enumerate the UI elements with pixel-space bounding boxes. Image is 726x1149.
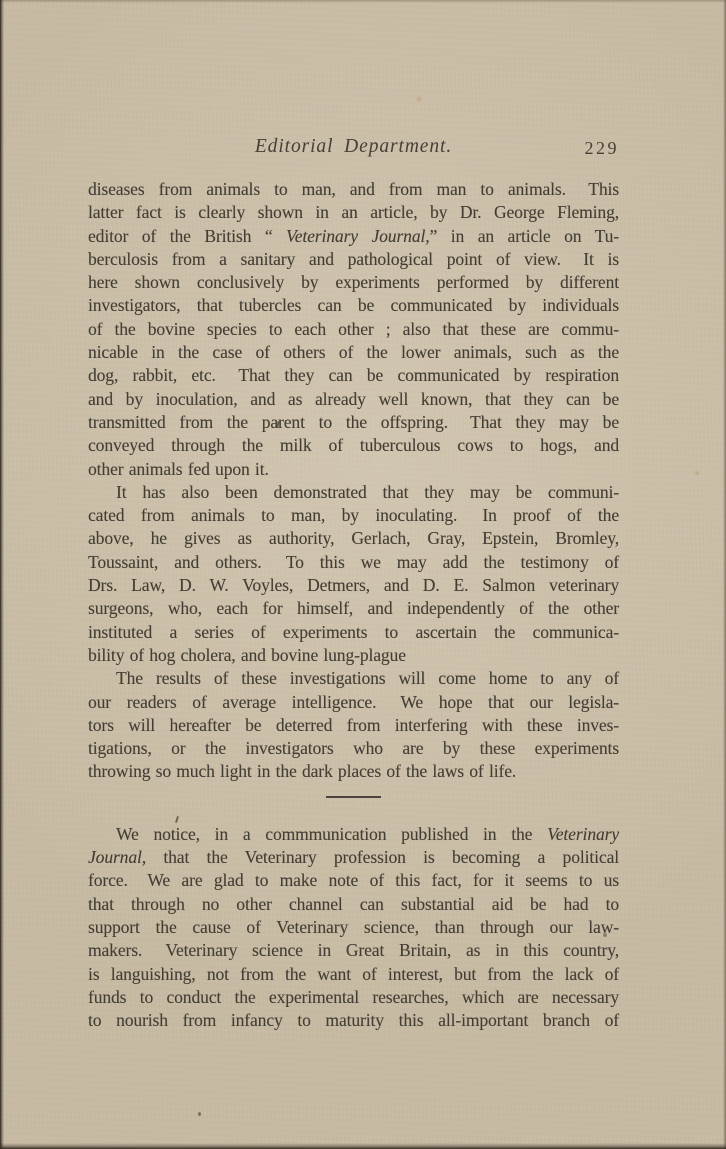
paragraph: diseases from animals to man, and from m… <box>88 178 619 481</box>
page-number: 229 <box>585 137 620 159</box>
section-divider <box>326 796 381 798</box>
italic-text: Journal, <box>88 847 146 867</box>
text-line: tors will hereafter be deterred from int… <box>88 714 619 737</box>
text-line: bility of hog cholera, and bovine lung-p… <box>88 644 619 667</box>
body-text: instituted a series of experiments to as… <box>88 622 619 642</box>
body-text: makers. Veterinary science in Great Brit… <box>88 940 619 960</box>
body-text: The results of these investigations will… <box>116 668 619 688</box>
text-line: It has also been demonstrated that they … <box>88 481 619 504</box>
body-text: ” in an article on Tu- <box>430 226 620 246</box>
text-line: investigators, that tubercles can be com… <box>88 294 619 317</box>
page-edge-left <box>0 0 4 1149</box>
text-line: conveyed through the milk of tuberculous… <box>88 434 619 457</box>
italic-text: Veterinary Journal, <box>286 226 429 246</box>
body-text: bility of hog cholera, and bovine lung-p… <box>88 645 406 665</box>
body-text: that through no other channel can substa… <box>88 894 619 914</box>
text-line: We notice, in a commmunication published… <box>88 823 619 846</box>
paragraph: We notice, in a commmunication published… <box>88 823 619 1033</box>
body-text: conveyed through the milk of tuberculous… <box>88 435 619 455</box>
text-line: and by inoculation, and as already well … <box>88 388 619 411</box>
text-line: surgeons, who, each for himself, and ind… <box>88 597 619 620</box>
body-text: cated from animals to man, by inoculatin… <box>88 505 619 525</box>
text-line: to nourish from infancy to maturity this… <box>88 1009 619 1032</box>
body-text: here shown conclusively by experiments p… <box>88 272 619 292</box>
text-line: diseases from animals to man, and from m… <box>88 178 619 201</box>
body-text: We notice, in a commmunication published… <box>116 824 547 844</box>
text-line: tigations, or the investigators who are … <box>88 737 619 760</box>
italic-text: Veterinary <box>547 824 619 844</box>
paragraph: The results of these investigations will… <box>88 667 619 783</box>
text-line: that through no other channel can substa… <box>88 893 619 916</box>
text-line: dog, rabbit, etc. That they can be commu… <box>88 364 619 387</box>
page-edge-bottom <box>0 1143 726 1149</box>
body-text: surgeons, who, each for himself, and ind… <box>88 598 619 618</box>
body-text: of the bovine species to each other ; al… <box>88 319 619 339</box>
text-column: Editorial Department. 229 diseases from … <box>88 136 619 1032</box>
text-line: nicable in the case of others of the low… <box>88 341 619 364</box>
text-line: Toussaint, and others. To this we may ad… <box>88 551 619 574</box>
text-line: The results of these investigations will… <box>88 667 619 690</box>
text-line: support the cause of Veterinary science,… <box>88 916 619 939</box>
body-text: is languishing, not from the want of int… <box>88 964 619 984</box>
text-line: instituted a series of experiments to as… <box>88 621 619 644</box>
body-text: and by inoculation, and as already well … <box>88 389 619 409</box>
paragraph: It has also been demonstrated that they … <box>88 481 619 667</box>
body-text: throwing so much light in the dark place… <box>88 761 516 781</box>
book-page: Editorial Department. 229 diseases from … <box>0 0 726 1149</box>
body-text: editor of the British “ <box>88 226 286 246</box>
page-content: diseases from animals to man, and from m… <box>88 178 619 1032</box>
foxing-spot <box>694 470 700 476</box>
body-text: our readers of average intelligence. We … <box>88 692 619 712</box>
body-text: funds to conduct the experimental resear… <box>88 987 619 1007</box>
body-text: Drs. Law, D. W. Voyles, Detmers, and D. … <box>88 575 619 595</box>
page-edge-top <box>0 0 726 3</box>
body-text: tors will hereafter be deterred from int… <box>88 715 619 735</box>
body-text: dog, rabbit, etc. That they can be commu… <box>88 365 619 385</box>
text-line: our readers of average intelligence. We … <box>88 691 619 714</box>
text-line: other animals fed upon it. <box>88 458 619 481</box>
body-text: investigators, that tubercles can be com… <box>88 295 619 315</box>
text-line: transmitted from the parent to the offsp… <box>88 411 619 434</box>
body-text: latter fact is clearly shown in an artic… <box>88 202 619 222</box>
foxing-spot <box>416 96 422 102</box>
body-text: Toussaint, and others. To this we may ad… <box>88 552 619 572</box>
text-line: above, he gives as authority, Gerlach, G… <box>88 527 619 550</box>
text-line: cated from animals to man, by inoculatin… <box>88 504 619 527</box>
body-text: tigations, or the investigators who are … <box>88 738 619 758</box>
body-text: transmitted from the parent to the offsp… <box>88 412 619 432</box>
text-line: Drs. Law, D. W. Voyles, Detmers, and D. … <box>88 574 619 597</box>
text-line: of the bovine species to each other ; al… <box>88 318 619 341</box>
body-text: force. We are glad to make note of this … <box>88 870 619 890</box>
text-line: editor of the British “ Veterinary Journ… <box>88 225 619 248</box>
text-line: throwing so much light in the dark place… <box>88 760 619 783</box>
body-text: diseases from animals to man, and from m… <box>88 179 619 199</box>
running-header: Editorial Department. 229 <box>88 136 619 158</box>
body-text: that the Veterinary profession is becomi… <box>146 847 619 867</box>
body-text: It has also been demonstrated that they … <box>116 482 619 502</box>
text-line: Journal, that the Veterinary profession … <box>88 846 619 869</box>
text-line: is languishing, not from the want of int… <box>88 963 619 986</box>
body-text: other animals fed upon it. <box>88 459 269 479</box>
body-text: above, he gives as authority, Gerlach, G… <box>88 528 619 548</box>
body-text: berculosis from a sanitary and pathologi… <box>88 249 619 269</box>
text-line: funds to conduct the experimental resear… <box>88 986 619 1009</box>
text-line: makers. Veterinary science in Great Brit… <box>88 939 619 962</box>
text-line: force. We are glad to make note of this … <box>88 869 619 892</box>
text-line: latter fact is clearly shown in an artic… <box>88 201 619 224</box>
body-text: to nourish from infancy to maturity this… <box>88 1010 619 1030</box>
ink-speck <box>198 1112 201 1116</box>
body-text: nicable in the case of others of the low… <box>88 342 619 362</box>
page-title: Editorial Department. <box>255 136 452 157</box>
body-text: support the cause of Veterinary science,… <box>88 917 619 937</box>
text-line: here shown conclusively by experiments p… <box>88 271 619 294</box>
text-line: berculosis from a sanitary and pathologi… <box>88 248 619 271</box>
